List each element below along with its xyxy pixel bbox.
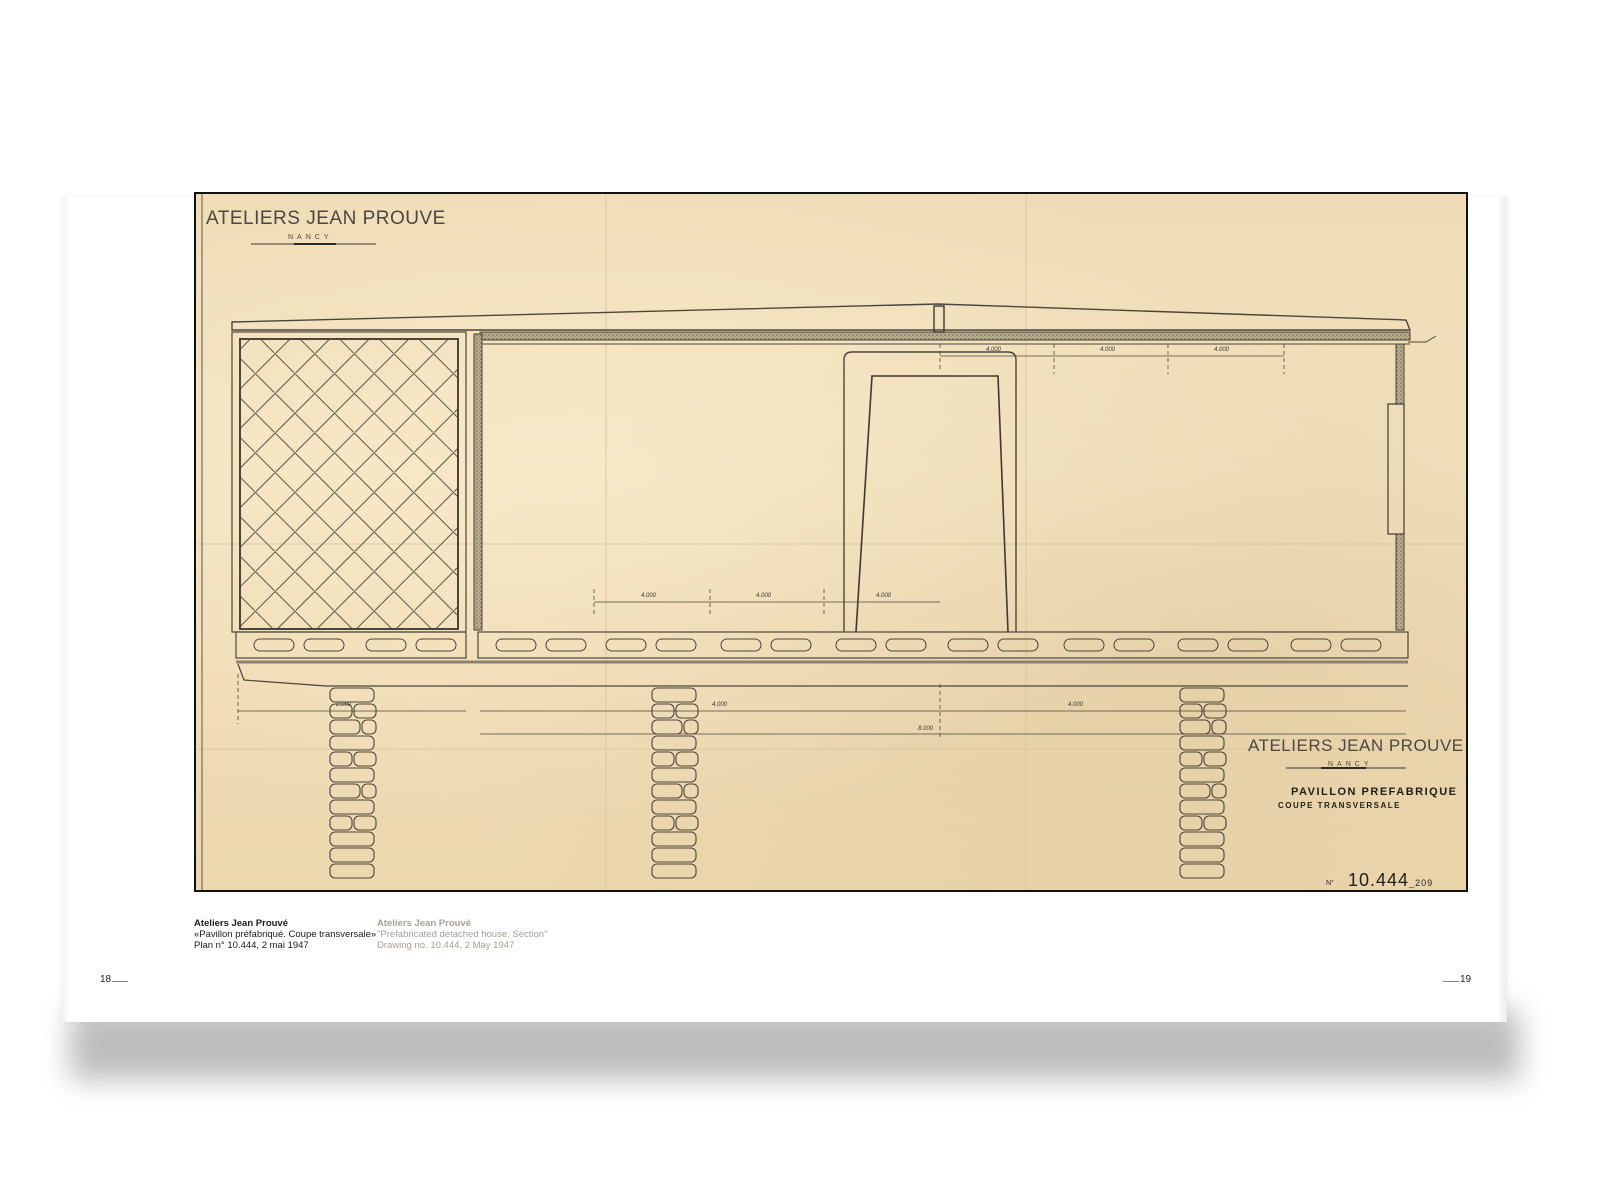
section-drawing-illustration — [196, 194, 1468, 892]
drawing-number-suffix: _209 — [1409, 878, 1433, 888]
page-edge-right — [1497, 197, 1507, 1022]
drawing-number-prefix: N° — [1326, 880, 1334, 887]
drawing-subtitle: COUPE TRANSVERSALE — [1278, 801, 1401, 810]
dimension-ceiling-2: 4.000 — [1100, 347, 1115, 353]
caption-french: Ateliers Jean Prouvé «Pavillon préfabriq… — [194, 918, 376, 951]
firm-name-title-block: ATELIERS JEAN PROUVE — [1248, 736, 1464, 756]
dimension-left-bay: 2.000 — [336, 702, 351, 708]
caption-french-heading: Ateliers Jean Prouvé — [194, 918, 376, 929]
drawing-number: 10.444_209 — [1348, 870, 1433, 891]
page-number-left: 18 — [100, 974, 128, 985]
caption-french-reference: Plan n° 10.444, 2 mai 1947 — [194, 940, 376, 951]
dimension-span-total: 8.000 — [918, 726, 933, 732]
drawing-title: PAVILLON PREFABRIQUE — [1291, 786, 1458, 798]
architectural-drawing-plate: ATELIERS JEAN PROUVE NANCY ATELIERS JEAN… — [194, 192, 1468, 892]
caption-english-heading: Ateliers Jean Prouvé — [377, 918, 547, 929]
city-label-top-left: NANCY — [288, 234, 333, 241]
firm-name-top-left: ATELIERS JEAN PROUVE — [206, 208, 446, 230]
dimension-floor-1: 4.000 — [641, 593, 656, 599]
drawing-number-main: 10.444 — [1348, 870, 1409, 890]
page-edge-left — [62, 197, 70, 1022]
dimension-ceiling-1: 4.000 — [986, 347, 1001, 353]
caption-french-title: «Pavillon préfabriqué. Coupe transversal… — [194, 929, 376, 940]
caption-english-title: "Prefabricated detached house. Section" — [377, 929, 547, 940]
city-label-title-block: NANCY — [1328, 761, 1373, 768]
dimension-ceiling-3: 4.000 — [1214, 347, 1229, 353]
dimension-span-right: 4.000 — [1068, 702, 1083, 708]
page-number-left-text: 18 — [100, 974, 111, 985]
page-number-right: 19 — [1443, 974, 1471, 985]
dimension-floor-2: 4.000 — [756, 593, 771, 599]
dimension-span-left: 4.000 — [712, 702, 727, 708]
page-number-right-text: 19 — [1460, 974, 1471, 985]
caption-english: Ateliers Jean Prouvé "Prefabricated deta… — [377, 918, 547, 951]
caption-english-reference: Drawing no. 10.444, 2 May 1947 — [377, 940, 547, 951]
dimension-floor-3: 4.000 — [876, 593, 891, 599]
